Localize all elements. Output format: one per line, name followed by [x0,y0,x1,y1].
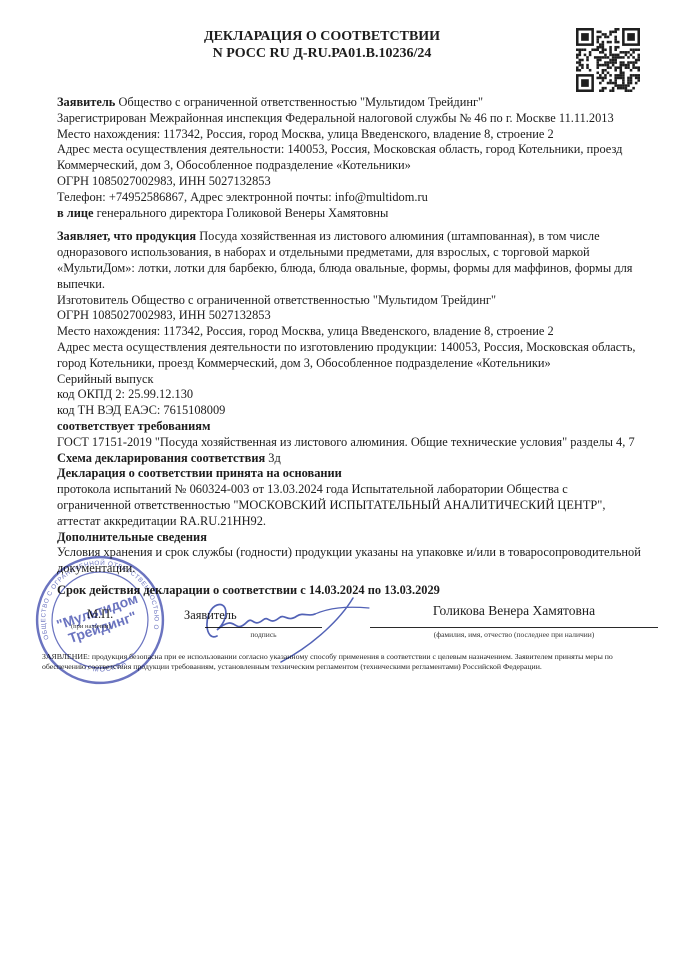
applicant-in-person-line: в лице генерального директора Голиковой … [57,206,643,222]
manufacturer-activity-address-line: Адрес места осуществления деятельности п… [57,340,643,372]
compliance-standard-line: ГОСТ 17151-2019 "Посуда хозяйственная из… [57,435,643,451]
scheme-line: Схема декларирования соответствия 3д [57,451,643,467]
manufacturer-location-line: Место нахождения: 117342, Россия, город … [57,324,643,340]
in-person-value: генерального директора Голиковой Венеры … [94,206,389,220]
handwritten-signature [203,596,403,670]
product-description-line: Заявляет, что продукция Посуда хозяйстве… [57,229,643,292]
manufacturer-ogrn-inn-line: ОГРН 1085027002983, ИНН 5027132853 [57,308,643,324]
basis-heading: Декларация о соответствии принята на осн… [57,466,643,482]
title-line-1: ДЕКЛАРАЦИЯ О СООТВЕТСТВИИ [57,28,587,45]
product-label: Заявляет, что продукция [57,229,196,243]
full-name-caption: (фамилия, имя, отчество (последнее при н… [370,630,658,639]
applicant-registered-line: Зарегистрирован Межрайонная инспекция Фе… [57,111,643,127]
applicant-section: Заявитель Общество с ограниченной ответс… [57,95,643,221]
compliance-heading: соответствует требованиям [57,419,643,435]
manufacturer-section: Изготовитель Общество с ограниченной отв… [57,293,643,372]
applicant-ogrn-inn-line: ОГРН 1085027002983, ИНН 5027132853 [57,174,643,190]
title-line-2: N РОСС RU Д-RU.РА01.В.10236/24 [57,45,587,62]
in-person-label: в лице [57,206,94,220]
document-title: ДЕКЛАРАЦИЯ О СООТВЕТСТВИИ N РОСС RU Д-RU… [57,28,587,62]
signature-stroke-loops [207,604,315,636]
full-name-underline [370,627,658,628]
scheme-value: 3д [265,451,281,465]
scheme-label: Схема декларирования соответствия [57,451,265,465]
tnved-code-line: код ТН ВЭД ЕАЭС: 7615108009 [57,403,643,419]
product-section: Заявляет, что продукция Посуда хозяйстве… [57,229,643,292]
okpd-code-line: код ОКПД 2: 25.99.12.130 [57,387,643,403]
stamp-bottom-text: * г. МОСКВА * [76,656,134,677]
applicant-name-line: Заявитель Общество с ограниченной ответс… [57,95,643,111]
applicant-activity-address-line: Адрес места осуществления деятельности: … [57,142,643,174]
applicant-name: Общество с ограниченной ответственностью… [115,95,483,109]
applicant-location-line: Место нахождения: 117342, Россия, город … [57,127,643,143]
basis-text: протокола испытаний № 060324-003 от 13.0… [57,482,643,529]
additional-heading: Дополнительные сведения [57,530,643,546]
svg-text:* г. МОСКВА *: * г. МОСКВА * [76,656,134,677]
manufacturer-name-line: Изготовитель Общество с ограниченной отв… [57,293,643,309]
applicant-contacts-line: Телефон: +74952586867, Адрес электронной… [57,190,643,206]
declaration-document: ДЕКЛАРАЦИЯ О СООТВЕТСТВИИ N РОСС RU Д-RU… [0,0,693,980]
company-stamp: ОБЩЕСТВО С ОГРАНИЧЕННОЙ ОТВЕТСТВЕННОСТЬЮ… [26,546,173,693]
applicant-label: Заявитель [57,95,115,109]
signatory-full-name: Голикова Венера Хамятовна [370,603,658,619]
production-type-line: Серийный выпуск [57,372,643,388]
